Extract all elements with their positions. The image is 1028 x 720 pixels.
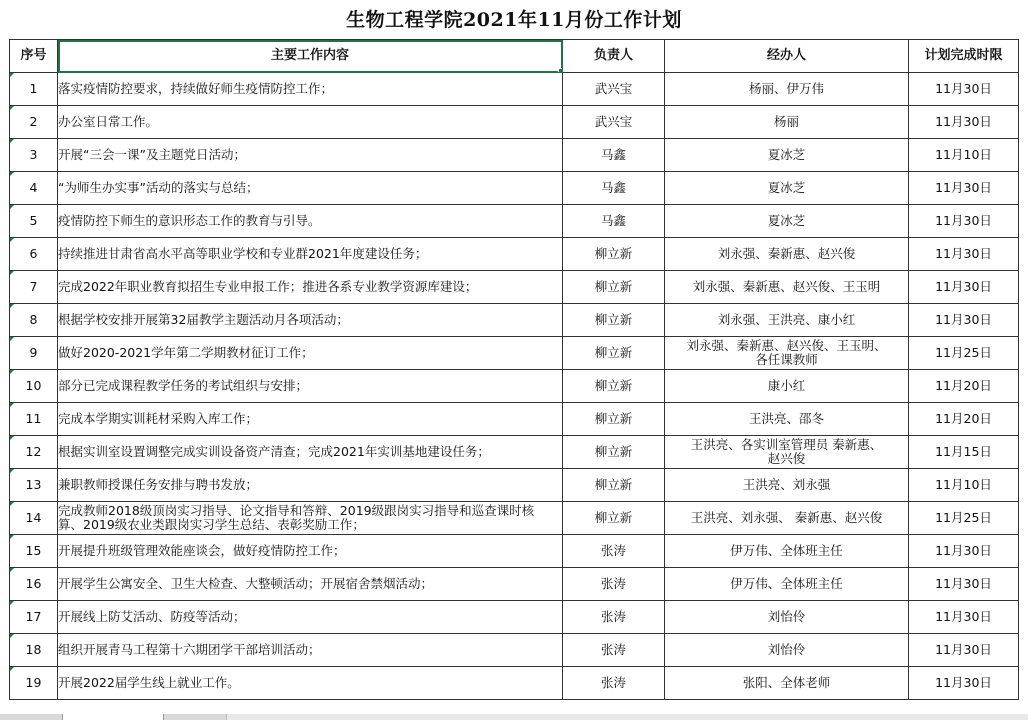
cell-num[interactable]: 12 xyxy=(10,436,58,469)
work-plan-table: 序号 主要工作内容 负责人 经办人 计划完成时限 1落实疫情防控要求，持续做好师… xyxy=(9,39,1019,700)
cell-handler[interactable]: 杨丽 xyxy=(665,106,909,139)
table-row: 14完成教师2018级顶岗实习指导、论文指导和答辩、2019级跟岗实习指导和巡查… xyxy=(10,502,1019,535)
table-row: 6持续推进甘肃省高水平高等职业学校和专业群2021年度建设任务；柳立新刘永强、秦… xyxy=(10,238,1019,271)
cell-owner[interactable]: 柳立新 xyxy=(563,304,665,337)
cell-num-text: 19 xyxy=(26,675,42,690)
table-row: 5疫情防控下师生的意识形态工作的教育与引导。马鑫夏冰芝11月30日 xyxy=(10,205,1019,238)
cell-handler-text: 杨丽 xyxy=(774,115,799,129)
cell-handler[interactable]: 康小红 xyxy=(665,370,909,403)
table-row: 17开展线上防艾活动、防疫等活动；张涛刘怡伶11月30日 xyxy=(10,601,1019,634)
cell-deadline-text: 11月30日 xyxy=(935,280,992,294)
cell-owner-text: 柳立新 xyxy=(595,478,633,492)
cell-num[interactable]: 4 xyxy=(10,172,58,205)
cell-handler-text: 王洪亮、刘永强、 秦新惠、赵兴俊 xyxy=(691,511,882,525)
cell-num[interactable]: 18 xyxy=(10,634,58,667)
cell-num[interactable]: 5 xyxy=(10,205,58,238)
cell-deadline[interactable]: 11月30日 xyxy=(909,106,1019,139)
cell-content-text: 根据实训室设置调整完成实训设备资产清查；完成2021年实训基地建设任务； xyxy=(58,444,490,459)
cell-num-text: 14 xyxy=(26,510,42,525)
cell-content[interactable]: 开展线上防艾活动、防疫等活动； xyxy=(58,601,563,634)
header-deadline[interactable]: 计划完成时限 xyxy=(909,40,1019,73)
cell-num-text: 17 xyxy=(26,609,42,624)
cell-content-text: 完成本学期实训耗材采购入库工作； xyxy=(58,411,258,426)
cell-content-text: 根据学校安排开展第32届教学主题活动月各项活动； xyxy=(58,312,349,327)
cell-handler-text: 夏冰芝 xyxy=(768,148,806,162)
cell-num[interactable]: 6 xyxy=(10,238,58,271)
cell-owner[interactable]: 武兴宝 xyxy=(563,73,665,106)
cell-handler[interactable]: 夏冰芝 xyxy=(665,172,909,205)
cell-deadline-text: 11月25日 xyxy=(935,346,992,360)
cell-deadline[interactable]: 11月30日 xyxy=(909,304,1019,337)
cell-content[interactable]: 部分已完成课程教学任务的考试组织与安排； xyxy=(58,370,563,403)
cell-owner-text: 张涛 xyxy=(601,577,626,591)
cell-handler-text: 刘永强、秦新惠、赵兴俊、王玉明 xyxy=(693,280,881,294)
cell-num[interactable]: 15 xyxy=(10,535,58,568)
cell-content[interactable]: 组织开展青马工程第十六期团学干部培训活动； xyxy=(58,634,563,667)
cell-owner[interactable]: 张涛 xyxy=(563,601,665,634)
cell-handler-text: 刘永强、王洪亮、康小红 xyxy=(718,313,856,327)
cell-owner-text: 张涛 xyxy=(601,676,626,690)
header-num[interactable]: 序号 xyxy=(10,40,58,73)
cell-deadline[interactable]: 11月15日 xyxy=(909,436,1019,469)
cell-content-text: “为师生办实事”活动的落实与总结； xyxy=(58,180,258,195)
cell-handler-text: 刘怡伶 xyxy=(768,643,806,657)
table-row: 1落实疫情防控要求，持续做好师生疫情防控工作；武兴宝杨丽、伊万伟11月30日 xyxy=(10,73,1019,106)
cell-handler[interactable]: 刘永强、王洪亮、康小红 xyxy=(665,304,909,337)
cell-deadline-text: 11月30日 xyxy=(935,247,992,261)
cell-owner-text: 柳立新 xyxy=(595,379,633,393)
cell-owner-text: 马鑫 xyxy=(601,148,626,162)
cell-handler-text: 王洪亮、邵冬 xyxy=(749,412,824,426)
cell-handler-text: 夏冰芝 xyxy=(768,214,806,228)
cell-deadline[interactable]: 11月20日 xyxy=(909,370,1019,403)
cell-handler-text: 张阳、全体老师 xyxy=(743,676,831,690)
cell-content[interactable]: 根据实训室设置调整完成实训设备资产清查；完成2021年实训基地建设任务； xyxy=(58,436,563,469)
cell-num-text: 2 xyxy=(30,114,38,129)
sheet-title: 生物工程学院2021年11月份工作计划 xyxy=(0,6,1028,34)
cell-owner[interactable]: 马鑫 xyxy=(563,205,665,238)
cell-deadline-text: 11月30日 xyxy=(935,115,992,129)
cell-num-text: 10 xyxy=(26,378,42,393)
cell-deadline-text: 11月30日 xyxy=(935,82,992,96)
table-row: 16开展学生公寓安全、卫生大检查、大整顿活动；开展宿舍禁烟活动；张涛伊万伟、全体… xyxy=(10,568,1019,601)
cell-content[interactable]: 完成本学期实训耗材采购入库工作； xyxy=(58,403,563,436)
header-row: 序号 主要工作内容 负责人 经办人 计划完成时限 xyxy=(10,40,1019,73)
cell-owner-text: 柳立新 xyxy=(595,346,633,360)
cell-deadline-text: 11月10日 xyxy=(935,478,992,492)
cell-num[interactable]: 9 xyxy=(10,337,58,370)
cell-content[interactable]: 开展“三会一课”及主题党日活动； xyxy=(58,139,563,172)
cell-deadline-text: 11月30日 xyxy=(935,181,992,195)
cell-num-text: 6 xyxy=(30,246,38,261)
cell-content-text: 完成教师2018级顶岗实习指导、论文指导和答辩、2019级跟岗实习指导和巡查课时… xyxy=(58,504,562,532)
cell-deadline-text: 11月30日 xyxy=(935,676,992,690)
cell-deadline-text: 11月30日 xyxy=(935,214,992,228)
cell-handler[interactable]: 刘永强、秦新惠、赵兴俊、王玉明、各任课教师 xyxy=(665,337,909,370)
cell-owner[interactable]: 马鑫 xyxy=(563,139,665,172)
cell-handler[interactable]: 刘怡伶 xyxy=(665,634,909,667)
cell-owner-text: 张涛 xyxy=(601,643,626,657)
cell-owner-text: 柳立新 xyxy=(595,412,633,426)
table-row: 9做好2020-2021学年第二学期教材征订工作；柳立新刘永强、秦新惠、赵兴俊、… xyxy=(10,337,1019,370)
cell-handler-text: 刘永强、秦新惠、赵兴俊、王玉明、各任课教师 xyxy=(687,339,887,367)
cell-owner[interactable]: 马鑫 xyxy=(563,172,665,205)
table-row: 3开展“三会一课”及主题党日活动；马鑫夏冰芝11月10日 xyxy=(10,139,1019,172)
cell-deadline[interactable]: 11月10日 xyxy=(909,139,1019,172)
cell-deadline[interactable]: 11月30日 xyxy=(909,601,1019,634)
cell-deadline-text: 11月15日 xyxy=(935,445,992,459)
cell-owner-text: 武兴宝 xyxy=(595,82,633,96)
cell-deadline[interactable]: 11月30日 xyxy=(909,172,1019,205)
cell-content-text: 开展“三会一课”及主题党日活动； xyxy=(58,147,246,162)
cell-num-text: 4 xyxy=(30,180,38,195)
cell-num-text: 7 xyxy=(30,279,38,294)
cell-num[interactable]: 2 xyxy=(10,106,58,139)
cell-handler[interactable]: 刘怡伶 xyxy=(665,601,909,634)
cell-content-text: 开展提升班级管理效能座谈会，做好疫情防控工作； xyxy=(58,543,346,558)
cell-owner[interactable]: 张涛 xyxy=(563,535,665,568)
cell-content-text: 组织开展青马工程第十六期团学干部培训活动； xyxy=(58,642,321,657)
cell-owner[interactable]: 张涛 xyxy=(563,634,665,667)
table-row: 15开展提升班级管理效能座谈会，做好疫情防控工作；张涛伊万伟、全体班主任11月3… xyxy=(10,535,1019,568)
cell-deadline-text: 11月25日 xyxy=(935,511,992,525)
cell-content[interactable]: 办公室日常工作。 xyxy=(58,106,563,139)
cell-content-text: 完成2022年职业教育拟招生专业申报工作；推进各系专业教学资源库建设； xyxy=(58,279,477,294)
header-handler[interactable]: 经办人 xyxy=(665,40,909,73)
cell-owner-text: 柳立新 xyxy=(595,511,633,525)
cell-handler[interactable]: 伊万伟、全体班主任 xyxy=(665,568,909,601)
cell-num[interactable]: 7 xyxy=(10,271,58,304)
cell-deadline[interactable]: 11月30日 xyxy=(909,73,1019,106)
sheet-tab[interactable] xyxy=(62,714,164,720)
table-row: 8根据学校安排开展第32届教学主题活动月各项活动；柳立新刘永强、王洪亮、康小红1… xyxy=(10,304,1019,337)
cell-owner[interactable]: 柳立新 xyxy=(563,271,665,304)
cell-num[interactable]: 11 xyxy=(10,403,58,436)
cell-num-text: 3 xyxy=(30,147,38,162)
cell-content[interactable]: 根据学校安排开展第32届教学主题活动月各项活动； xyxy=(58,304,563,337)
cell-content-text: 开展线上防艾活动、防疫等活动； xyxy=(58,609,246,624)
cell-owner-text: 马鑫 xyxy=(601,181,626,195)
cell-num-text: 9 xyxy=(30,345,38,360)
cell-handler[interactable]: 张阳、全体老师 xyxy=(665,667,909,700)
cell-num[interactable]: 10 xyxy=(10,370,58,403)
cell-deadline-text: 11月30日 xyxy=(935,577,992,591)
header-content-label: 主要工作内容 xyxy=(271,48,349,63)
cell-content-text: 落实疫情防控要求，持续做好师生疫情防控工作； xyxy=(58,81,333,96)
cell-deadline[interactable]: 11月30日 xyxy=(909,205,1019,238)
cell-deadline-text: 11月20日 xyxy=(935,379,992,393)
cell-num[interactable]: 8 xyxy=(10,304,58,337)
table-row: 2办公室日常工作。武兴宝杨丽11月30日 xyxy=(10,106,1019,139)
cell-num-text: 16 xyxy=(26,576,42,591)
cell-num[interactable]: 16 xyxy=(10,568,58,601)
cell-num-text: 8 xyxy=(30,312,38,327)
cell-num-text: 11 xyxy=(26,411,42,426)
cell-content[interactable]: 做好2020-2021学年第二学期教材征订工作； xyxy=(58,337,563,370)
cell-owner[interactable]: 张涛 xyxy=(563,667,665,700)
cell-handler-text: 王洪亮、各实训室管理员 秦新惠、赵兴俊 xyxy=(687,438,887,466)
header-owner[interactable]: 负责人 xyxy=(563,40,665,73)
cell-num[interactable]: 14 xyxy=(10,502,58,535)
cell-num-text: 15 xyxy=(26,543,42,558)
cell-owner-text: 武兴宝 xyxy=(595,115,633,129)
cell-content-text: 部分已完成课程教学任务的考试组织与安排； xyxy=(58,378,308,393)
cell-num[interactable]: 19 xyxy=(10,667,58,700)
cell-handler[interactable]: 刘永强、秦新惠、赵兴俊、王玉明 xyxy=(665,271,909,304)
cell-num-text: 18 xyxy=(26,642,42,657)
cell-content[interactable]: 疫情防控下师生的意识形态工作的教育与引导。 xyxy=(58,205,563,238)
cell-deadline[interactable]: 11月20日 xyxy=(909,403,1019,436)
cell-deadline-text: 11月30日 xyxy=(935,313,992,327)
cell-handler[interactable]: 杨丽、伊万伟 xyxy=(665,73,909,106)
cell-handler[interactable]: 王洪亮、刘永强、 秦新惠、赵兴俊 xyxy=(665,502,909,535)
cell-num[interactable]: 3 xyxy=(10,139,58,172)
cell-deadline[interactable]: 11月30日 xyxy=(909,535,1019,568)
table-row: 12根据实训室设置调整完成实训设备资产清查；完成2021年实训基地建设任务；柳立… xyxy=(10,436,1019,469)
cell-owner[interactable]: 柳立新 xyxy=(563,436,665,469)
cell-num-text: 12 xyxy=(26,444,42,459)
cell-handler[interactable]: 夏冰芝 xyxy=(665,139,909,172)
cell-handler-text: 伊万伟、全体班主任 xyxy=(730,577,843,591)
fill-handle[interactable] xyxy=(558,68,563,73)
cell-handler[interactable]: 王洪亮、刘永强 xyxy=(665,469,909,502)
cell-num-text: 13 xyxy=(26,477,42,492)
cell-deadline-text: 11月30日 xyxy=(935,610,992,624)
table-row: 7完成2022年职业教育拟招生专业申报工作；推进各系专业教学资源库建设；柳立新刘… xyxy=(10,271,1019,304)
cell-owner-text: 马鑫 xyxy=(601,214,626,228)
cell-content-text: 办公室日常工作。 xyxy=(58,114,158,129)
cell-content-text: 做好2020-2021学年第二学期教材征订工作； xyxy=(58,345,314,360)
cell-content-text: 兼职教师授课任务安排与聘书发放； xyxy=(58,477,258,492)
cell-deadline[interactable]: 11月30日 xyxy=(909,238,1019,271)
cell-owner[interactable]: 张涛 xyxy=(563,568,665,601)
cell-content[interactable]: 持续推进甘肃省高水平高等职业学校和专业群2021年度建设任务； xyxy=(58,238,563,271)
cell-owner[interactable]: 柳立新 xyxy=(563,370,665,403)
table-row: 4“为师生办实事”活动的落实与总结；马鑫夏冰芝11月30日 xyxy=(10,172,1019,205)
cell-handler[interactable]: 王洪亮、邵冬 xyxy=(665,403,909,436)
cell-owner-text: 张涛 xyxy=(601,610,626,624)
cell-owner-text: 柳立新 xyxy=(595,280,633,294)
cell-content-text: 疫情防控下师生的意识形态工作的教育与引导。 xyxy=(58,213,321,228)
table-row: 11完成本学期实训耗材采购入库工作；柳立新王洪亮、邵冬11月20日 xyxy=(10,403,1019,436)
cell-content-text: 开展学生公寓安全、卫生大检查、大整顿活动；开展宿舍禁烟活动； xyxy=(58,576,433,591)
cell-content[interactable]: 兼职教师授课任务安排与聘书发放； xyxy=(58,469,563,502)
cell-handler-text: 伊万伟、全体班主任 xyxy=(730,544,843,558)
table-row: 10部分已完成课程教学任务的考试组织与安排；柳立新康小红11月20日 xyxy=(10,370,1019,403)
cell-handler[interactable]: 夏冰芝 xyxy=(665,205,909,238)
cell-handler-text: 康小红 xyxy=(768,379,806,393)
cell-deadline-text: 11月20日 xyxy=(935,412,992,426)
cell-handler-text: 刘永强、秦新惠、赵兴俊 xyxy=(718,247,856,261)
cell-num[interactable]: 1 xyxy=(10,73,58,106)
cell-deadline-text: 11月30日 xyxy=(935,643,992,657)
cell-content-text: 开展2022届学生线上就业工作。 xyxy=(58,675,240,690)
cell-num[interactable]: 13 xyxy=(10,469,58,502)
cell-deadline-text: 11月10日 xyxy=(935,148,992,162)
cell-handler[interactable]: 王洪亮、各实训室管理员 秦新惠、赵兴俊 xyxy=(665,436,909,469)
cell-content[interactable]: 开展2022届学生线上就业工作。 xyxy=(58,667,563,700)
cell-handler-text: 刘怡伶 xyxy=(768,610,806,624)
cell-handler-text: 夏冰芝 xyxy=(768,181,806,195)
cell-content[interactable]: 开展提升班级管理效能座谈会，做好疫情防控工作； xyxy=(58,535,563,568)
cell-num[interactable]: 17 xyxy=(10,601,58,634)
cell-owner[interactable]: 柳立新 xyxy=(563,469,665,502)
cell-owner-text: 张涛 xyxy=(601,544,626,558)
cell-content-text: 持续推进甘肃省高水平高等职业学校和专业群2021年度建设任务； xyxy=(58,246,427,261)
cell-owner[interactable]: 柳立新 xyxy=(563,502,665,535)
cell-owner-text: 柳立新 xyxy=(595,445,633,459)
header-content[interactable]: 主要工作内容 xyxy=(58,40,563,73)
cell-owner[interactable]: 武兴宝 xyxy=(563,106,665,139)
table-row: 19开展2022届学生线上就业工作。张涛张阳、全体老师11月30日 xyxy=(10,667,1019,700)
cell-deadline[interactable]: 11月25日 xyxy=(909,337,1019,370)
horizontal-scrollbar[interactable] xyxy=(226,714,1028,720)
cell-handler-text: 王洪亮、刘永强 xyxy=(743,478,831,492)
cell-content[interactable]: 完成教师2018级顶岗实习指导、论文指导和答辩、2019级跟岗实习指导和巡查课时… xyxy=(58,502,563,535)
table-row: 18组织开展青马工程第十六期团学干部培训活动；张涛刘怡伶11月30日 xyxy=(10,634,1019,667)
cell-num-text: 5 xyxy=(30,213,38,228)
cell-deadline[interactable]: 11月30日 xyxy=(909,271,1019,304)
cell-owner[interactable]: 柳立新 xyxy=(563,238,665,271)
table-row: 13兼职教师授课任务安排与聘书发放；柳立新王洪亮、刘永强11月10日 xyxy=(10,469,1019,502)
cell-content[interactable]: “为师生办实事”活动的落实与总结； xyxy=(58,172,563,205)
cell-deadline[interactable]: 11月30日 xyxy=(909,667,1019,700)
cell-content[interactable]: 开展学生公寓安全、卫生大检查、大整顿活动；开展宿舍禁烟活动； xyxy=(58,568,563,601)
cell-handler-text: 杨丽、伊万伟 xyxy=(749,82,824,96)
cell-owner-text: 柳立新 xyxy=(595,313,633,327)
cell-handler[interactable]: 刘永强、秦新惠、赵兴俊 xyxy=(665,238,909,271)
cell-handler[interactable]: 伊万伟、全体班主任 xyxy=(665,535,909,568)
cell-deadline[interactable]: 11月30日 xyxy=(909,634,1019,667)
cell-owner[interactable]: 柳立新 xyxy=(563,337,665,370)
cell-content[interactable]: 完成2022年职业教育拟招生专业申报工作；推进各系专业教学资源库建设； xyxy=(58,271,563,304)
cell-content[interactable]: 落实疫情防控要求，持续做好师生疫情防控工作； xyxy=(58,73,563,106)
cell-deadline[interactable]: 11月30日 xyxy=(909,568,1019,601)
cell-deadline[interactable]: 11月25日 xyxy=(909,502,1019,535)
cell-owner[interactable]: 柳立新 xyxy=(563,403,665,436)
cell-deadline[interactable]: 11月10日 xyxy=(909,469,1019,502)
cell-num-text: 1 xyxy=(30,81,38,96)
cell-owner-text: 柳立新 xyxy=(595,247,633,261)
cell-deadline-text: 11月30日 xyxy=(935,544,992,558)
